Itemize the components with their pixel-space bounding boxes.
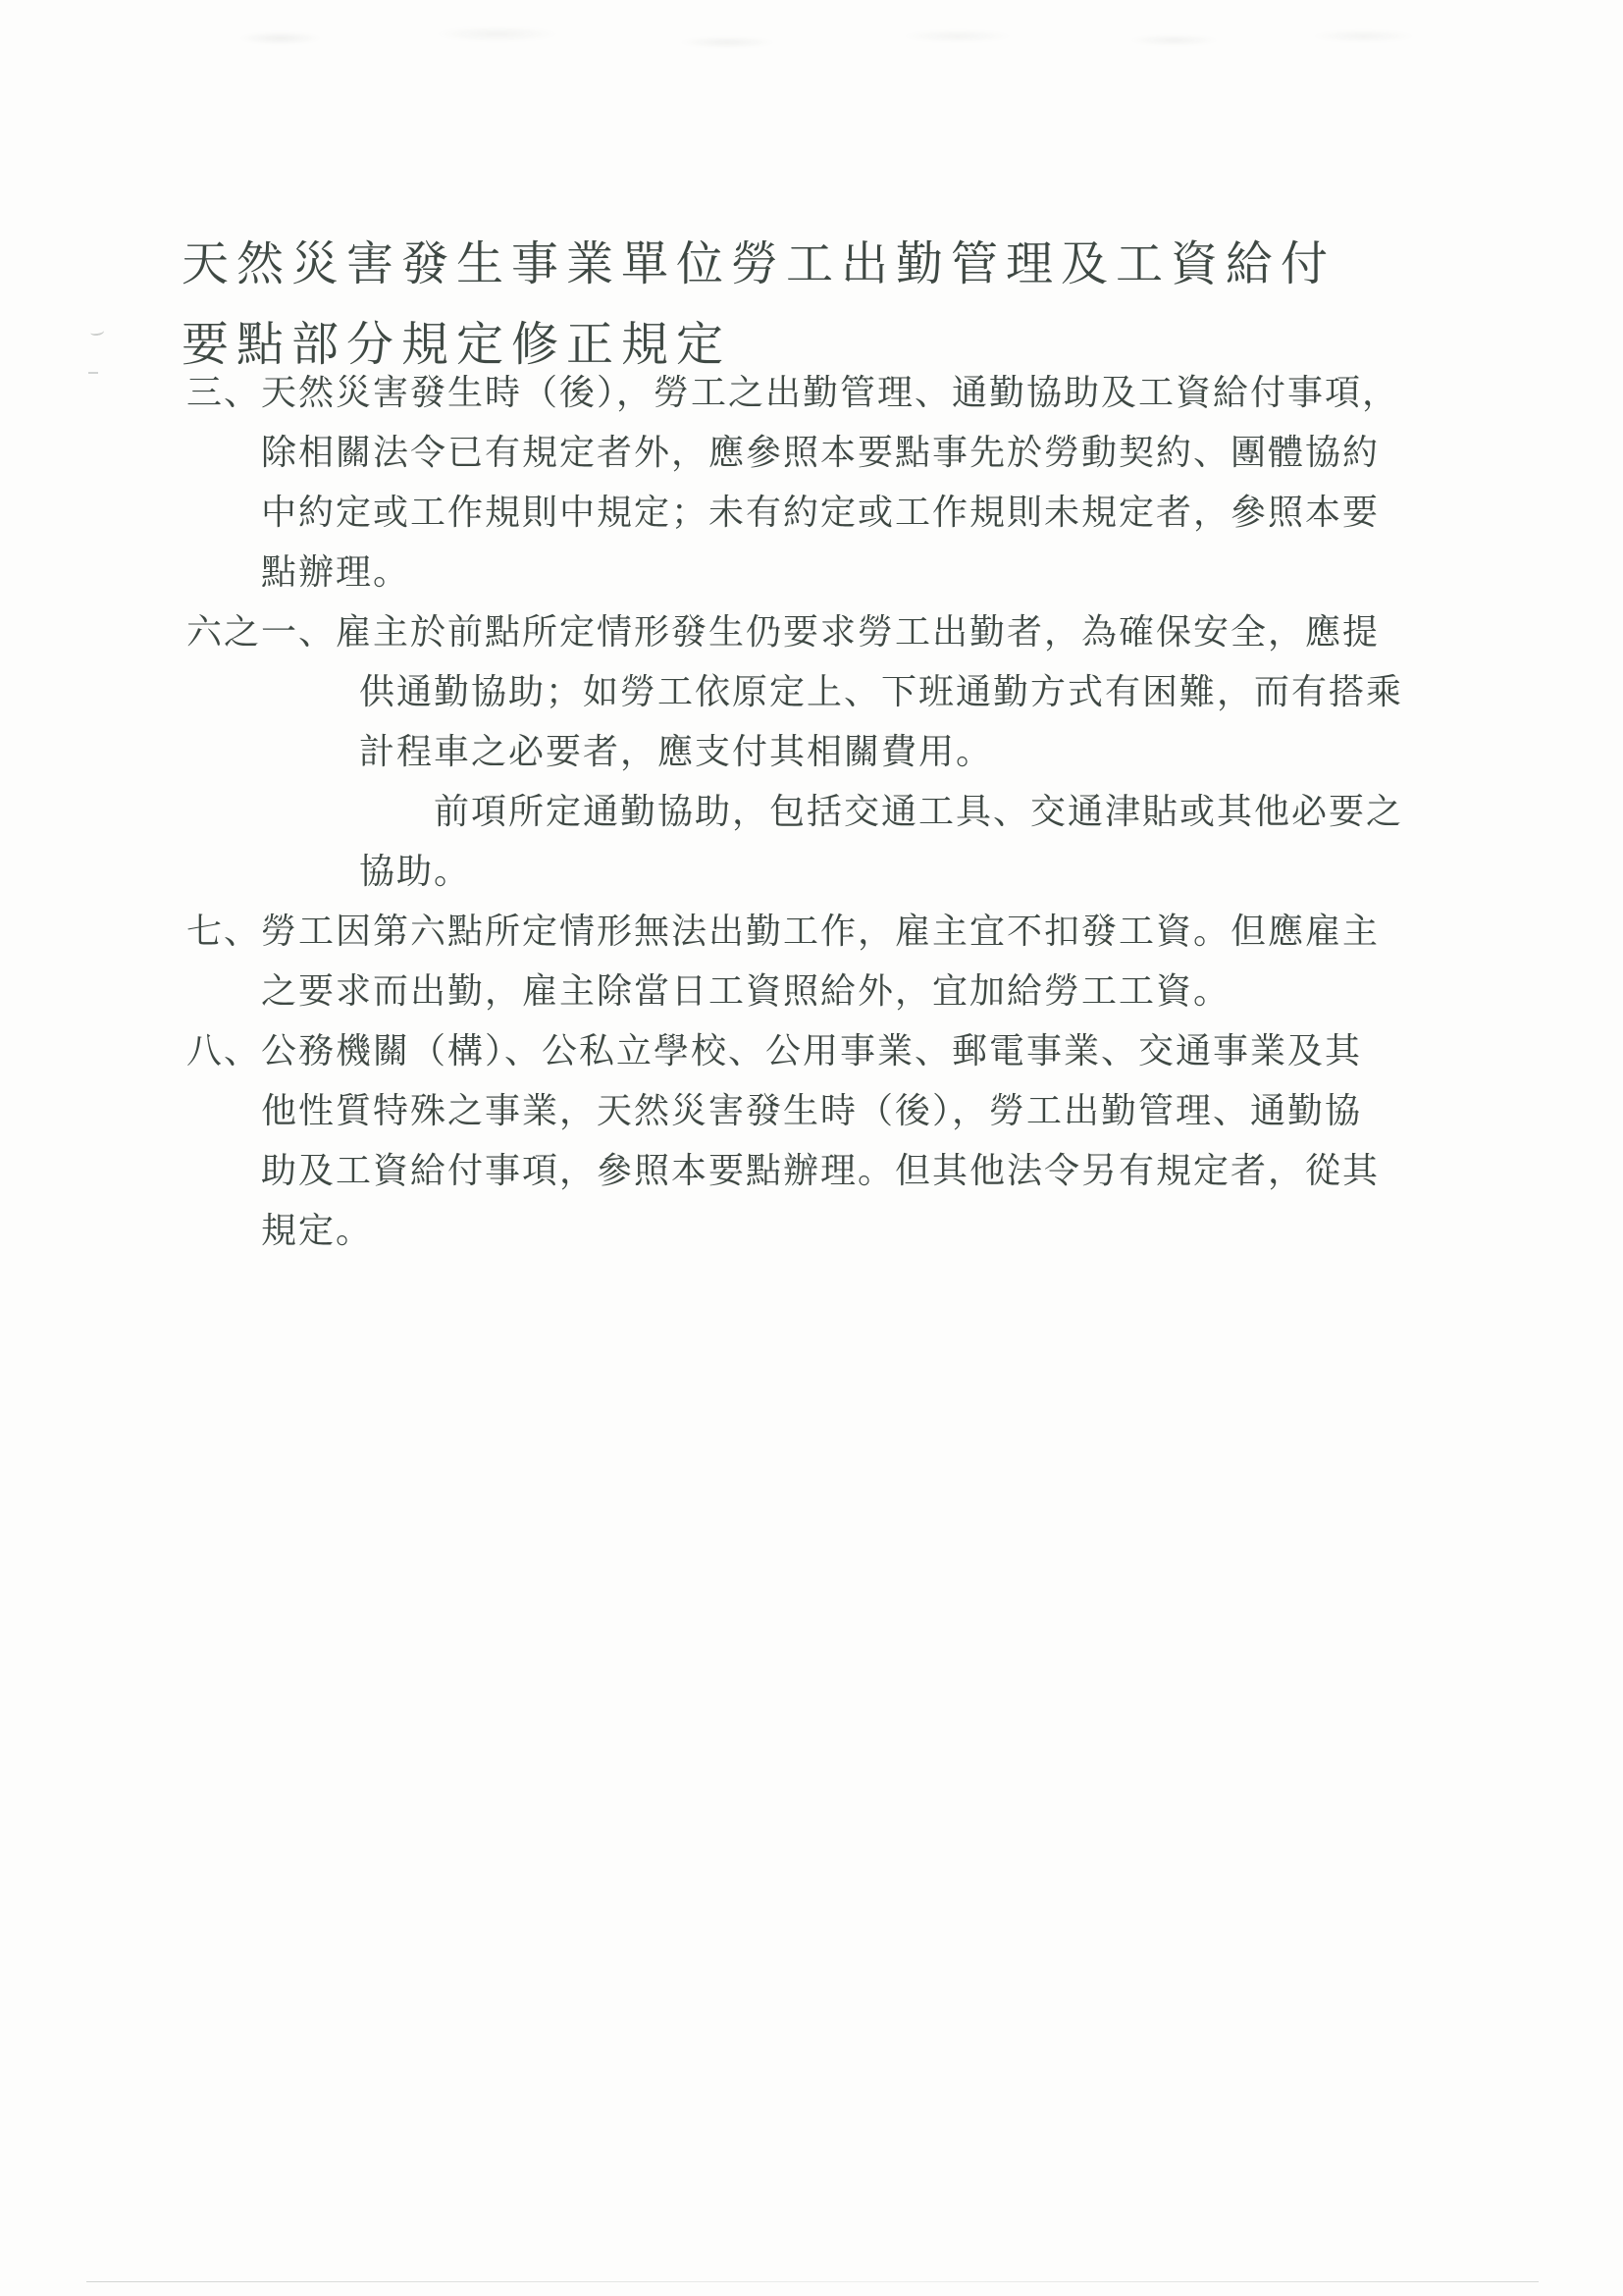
body-line: 點辦理。	[186, 543, 1492, 602]
scan-artifact-left-mark	[88, 372, 98, 374]
body-line-provision-3: 三、天然災害發生時（後），勞工之出勤管理、通勤協助及工資給付事項，	[186, 363, 1492, 423]
body-line-provision-7: 七、勞工因第六點所定情形無法出勤工作，雇主宜不扣發工資。但應雇主	[186, 902, 1492, 962]
body-line-subparagraph: 前項所定通勤協助，包括交通工具、交通津貼或其他必要之	[186, 782, 1492, 842]
body-line: 規定。	[186, 1201, 1492, 1261]
body-line: 除相關法令已有規定者外，應參照本要點事先於勞動契約、團體協約	[186, 423, 1492, 483]
body-line-provision-6-1: 六之一、雇主於前點所定情形發生仍要求勞工出勤者，為確保安全，應提	[186, 602, 1492, 662]
document-body: 三、天然災害發生時（後），勞工之出勤管理、通勤協助及工資給付事項， 除相關法令已…	[186, 363, 1492, 1261]
scanned-document-page: 天然災害發生事業單位勞工出勤管理及工資給付 要點部分規定修正規定 三、天然災害發…	[0, 0, 1623, 2296]
scan-artifact-left-mark	[90, 327, 105, 337]
body-line: 助及工資給付事項，參照本要點辦理。但其他法令另有規定者，從其	[186, 1141, 1492, 1201]
body-line: 之要求而出勤，雇主除當日工資照給外，宜加給勞工工資。	[186, 962, 1492, 1021]
document-title-line-1: 天然災害發生事業單位勞工出勤管理及工資給付	[182, 224, 1457, 304]
body-line: 中約定或工作規則中規定；未有約定或工作規則未規定者，參照本要	[186, 483, 1492, 543]
scan-artifact-bottom-line	[86, 2281, 1539, 2282]
document-title: 天然災害發生事業單位勞工出勤管理及工資給付 要點部分規定修正規定	[182, 224, 1457, 385]
body-line: 供通勤協助；如勞工依原定上、下班通勤方式有困難，而有搭乘	[186, 662, 1492, 722]
scan-artifact-top-smudge	[118, 18, 1472, 59]
body-line-provision-8: 八、公務機關（構）、公私立學校、公用事業、郵電事業、交通事業及其	[186, 1021, 1492, 1081]
body-line: 計程車之必要者，應支付其相關費用。	[186, 722, 1492, 782]
body-line: 他性質特殊之事業，天然災害發生時（後），勞工出勤管理、通勤協	[186, 1081, 1492, 1141]
body-line: 協助。	[186, 842, 1492, 902]
